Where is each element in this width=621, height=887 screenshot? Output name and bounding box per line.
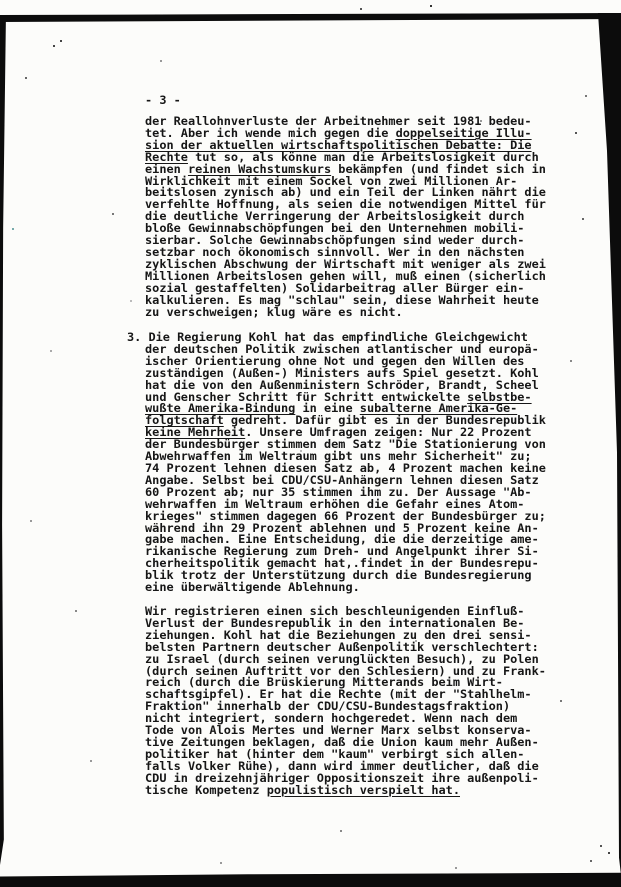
text-run: bekämpfen (und findet sich in Wirklichke… xyxy=(145,162,546,319)
document-page: - 3 - der Reallohnverluste der Arbeitneh… xyxy=(0,0,621,887)
paragraph-continuation: der Reallohnverluste der Arbeitnehmer se… xyxy=(145,116,546,318)
scan-border-top xyxy=(0,13,621,22)
paragraph-item-3: 3. Die Regierung Kohl hat das empfindlic… xyxy=(127,332,546,594)
scan-border-bottom xyxy=(0,872,621,887)
text-run: Wir registrieren einen sich beschleunige… xyxy=(145,604,546,797)
text-run: . Unsere Umfragen zeigen: Nur 22 Prozent… xyxy=(145,425,546,594)
underlined-text-run: populistisch verspielt hat. xyxy=(267,783,460,797)
scan-noise xyxy=(0,0,2,2)
page-number: - 3 - xyxy=(145,95,181,107)
scan-border-left xyxy=(0,15,7,865)
scan-border-right xyxy=(596,13,621,875)
paragraph-final: Wir registrieren einen sich beschleunige… xyxy=(145,606,546,797)
